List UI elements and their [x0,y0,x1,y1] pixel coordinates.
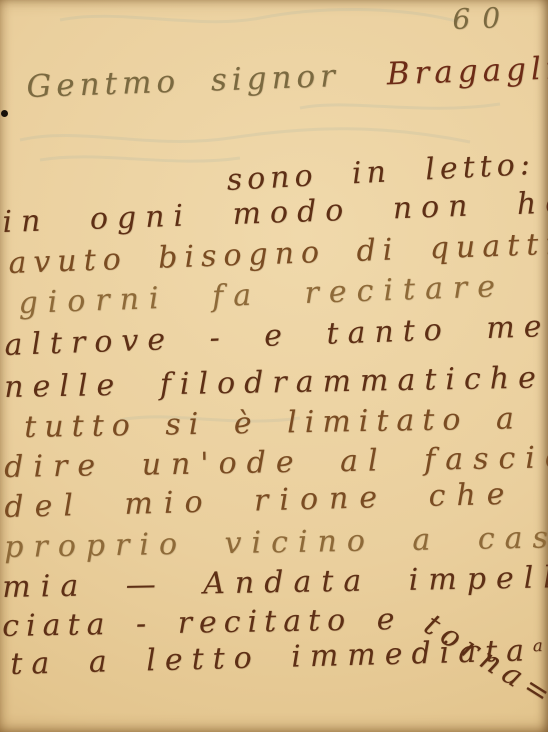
handwritten-line: nelle filodrammatiche = [4,362,548,403]
ink-dot [1,110,8,117]
page-number: 60 [452,4,513,34]
salutation-recipient-name: Bragaglia, [386,49,548,92]
superscript-letter: a [533,638,548,655]
handwritten-line: tutto si è limitato a — [24,403,548,443]
handwritten-line: mia — Andata impelli= [2,562,548,603]
scanned-letter: 60 Gentmo signor Bragaglia, sono in lett… [0,0,548,732]
